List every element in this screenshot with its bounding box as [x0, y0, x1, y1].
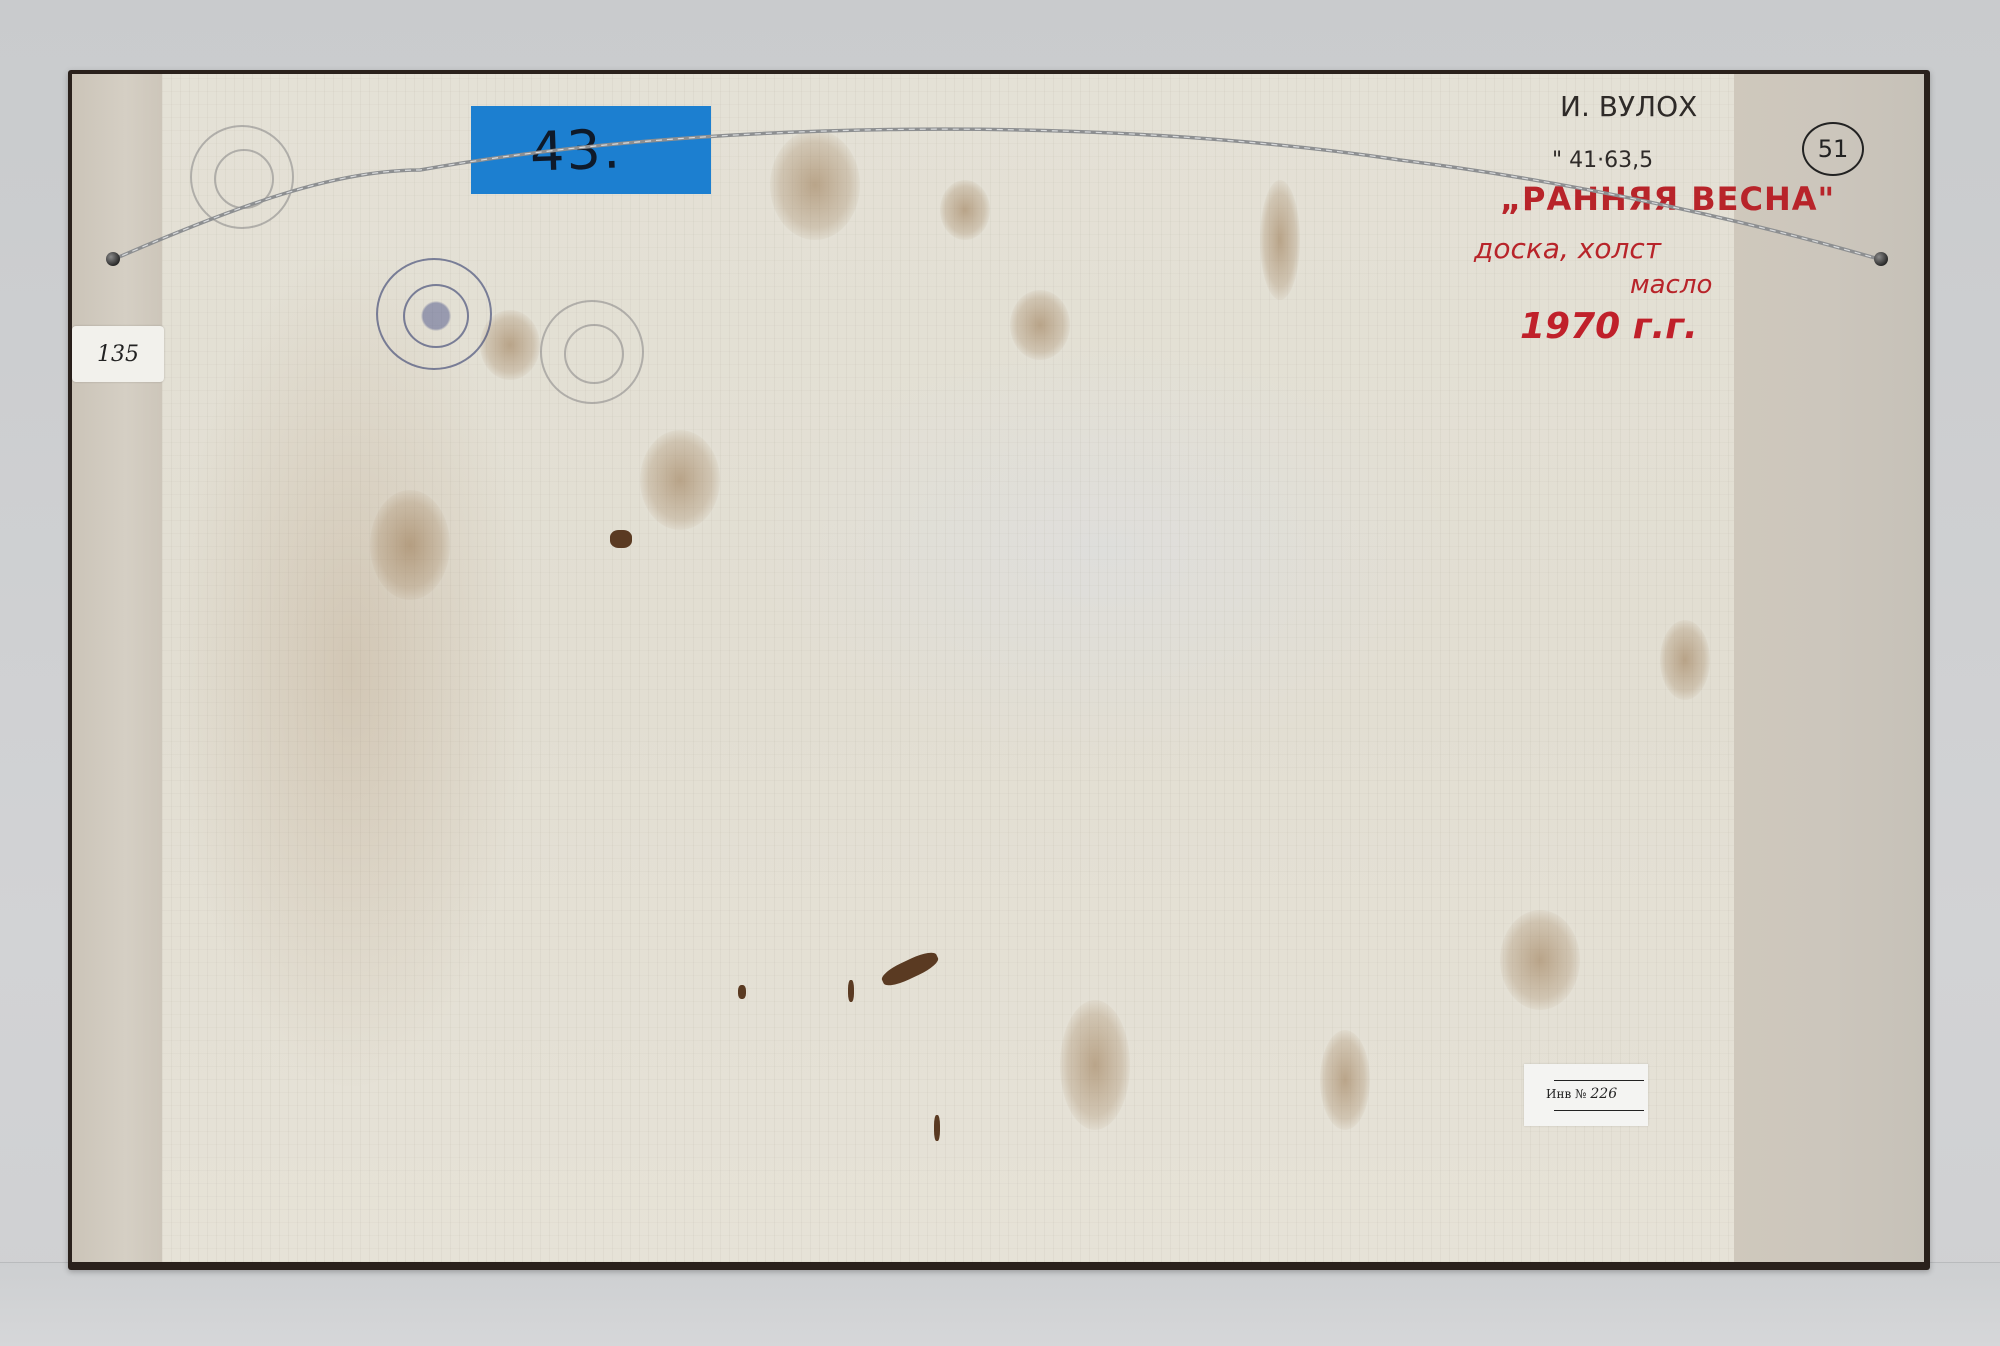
medium-line-1: доска, холст — [1474, 232, 1661, 265]
circled-number: 51 — [1802, 122, 1864, 176]
floor-surface — [0, 1262, 2000, 1346]
stain — [1060, 1000, 1130, 1130]
paint-mark — [848, 980, 854, 1002]
left-edge-strip — [72, 74, 162, 1262]
stain — [940, 180, 990, 240]
stain — [1320, 1030, 1370, 1130]
inventory-label: Инв №226 — [1524, 1064, 1648, 1126]
blue-tape-label: 43. — [471, 106, 711, 194]
tape-number: 43. — [529, 117, 623, 183]
blue-stamp — [376, 258, 492, 370]
corner-number-label: 135 — [72, 326, 164, 382]
year: 1970 г.г. — [1520, 306, 1698, 347]
inventory-value: 226 — [1590, 1086, 1617, 1102]
circled-number-value: 51 — [1818, 135, 1849, 163]
left-screw — [106, 252, 120, 266]
painting-title: „РАННЯЯ ВЕСНА" — [1500, 180, 1835, 218]
paint-mark — [738, 985, 746, 999]
artist-name: И. ВУЛОХ — [1560, 90, 1697, 123]
label-line — [1554, 1080, 1644, 1081]
right-edge-strip — [1734, 74, 1924, 1262]
stain — [370, 490, 450, 600]
paint-mark — [610, 530, 632, 548]
inventory-text: Инв №226 — [1546, 1086, 1617, 1102]
stain — [640, 430, 720, 530]
inventory-prefix: Инв № — [1546, 1087, 1586, 1101]
paint-mark — [934, 1115, 940, 1141]
faded-stamp — [540, 300, 644, 404]
stain — [770, 130, 860, 240]
medium-line-2: масло — [1630, 270, 1712, 300]
faded-stamp — [190, 125, 294, 229]
right-screw — [1874, 252, 1888, 266]
stain — [1260, 180, 1300, 300]
stain — [1660, 620, 1710, 700]
corner-number: 135 — [97, 342, 139, 367]
stain — [1010, 290, 1070, 360]
stain — [1500, 910, 1580, 1010]
label-line — [1554, 1110, 1644, 1111]
dimensions: " 41·63,5 — [1552, 148, 1653, 173]
